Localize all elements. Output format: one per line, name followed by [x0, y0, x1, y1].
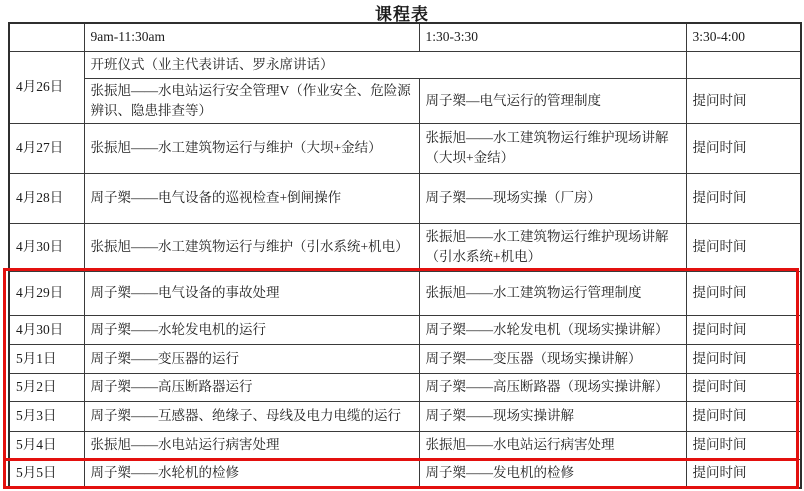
qa-cell: 提问时间	[686, 459, 801, 488]
date-cell: 4月26日	[9, 51, 84, 123]
date-cell: 5月4日	[9, 431, 84, 459]
afternoon-cell: 周子槊——变压器（现场实操讲解）	[419, 344, 686, 373]
afternoon-cell: 周子槊—电气运行的管理制度	[419, 78, 686, 123]
qa-cell: 提问时间	[686, 173, 801, 223]
morning-cell: 张振旭——水工建筑物运行与维护（引水系统+机电）	[84, 223, 419, 271]
header-row: 9am-11:30am 1:30-3:30 3:30-4:00	[9, 23, 801, 51]
afternoon-cell: 周子槊——现场实操讲解	[419, 401, 686, 431]
qa-cell: 提问时间	[686, 223, 801, 271]
qa-cell: 提问时间	[686, 344, 801, 373]
table-row: 4月28日 周子槊——电气设备的巡视检查+倒闸操作 周子槊——现场实操（厂房） …	[9, 173, 801, 223]
afternoon-cell: 张振旭——水电站运行病害处理	[419, 431, 686, 459]
morning-cell: 周子槊——电气设备的巡视检查+倒闸操作	[84, 173, 419, 223]
morning-cell: 张振旭——水工建筑物运行与维护（大坝+金结）	[84, 123, 419, 173]
afternoon-cell: 张振旭——水工建筑物运行维护现场讲解（引水系统+机电）	[419, 223, 686, 271]
ceremony-cell: 开班仪式（业主代表讲话、罗永席讲话）	[84, 51, 686, 78]
table-row: 5月3日 周子槊——互感器、绝缘子、母线及电力电缆的运行 周子槊——现场实操讲解…	[9, 401, 801, 431]
qa-cell-empty	[686, 51, 801, 78]
header-date-cell	[9, 23, 84, 51]
table-row: 4月29日 周子槊——电气设备的事故处理 张振旭——水工建筑物运行管理制度 提问…	[9, 271, 801, 315]
date-cell: 5月1日	[9, 344, 84, 373]
morning-cell: 周子槊——变压器的运行	[84, 344, 419, 373]
header-qa-cell: 3:30-4:00	[686, 23, 801, 51]
date-cell: 4月30日	[9, 223, 84, 271]
qa-cell: 提问时间	[686, 315, 801, 344]
date-cell: 5月3日	[9, 401, 84, 431]
morning-cell: 周子槊——高压断路器运行	[84, 373, 419, 401]
table-row: 张振旭——水电站运行安全管理V（作业安全、危险源辨识、隐患排查等） 周子槊—电气…	[9, 78, 801, 123]
date-cell: 5月2日	[9, 373, 84, 401]
table-row: 4月27日 张振旭——水工建筑物运行与维护（大坝+金结） 张振旭——水工建筑物运…	[9, 123, 801, 173]
morning-cell: 周子槊——电气设备的事故处理	[84, 271, 419, 315]
date-cell: 5月5日	[9, 459, 84, 488]
qa-cell: 提问时间	[686, 401, 801, 431]
morning-cell: 周子槊——互感器、绝缘子、母线及电力电缆的运行	[84, 401, 419, 431]
afternoon-cell: 周子槊——发电机的检修	[419, 459, 686, 488]
morning-cell: 张振旭——水电站运行安全管理V（作业安全、危险源辨识、隐患排查等）	[84, 78, 419, 123]
date-cell: 4月27日	[9, 123, 84, 173]
table-row: 5月2日 周子槊——高压断路器运行 周子槊——高压断路器（现场实操讲解） 提问时…	[9, 373, 801, 401]
header-morning-cell: 9am-11:30am	[84, 23, 419, 51]
page: 课程表 9am-11:30am 1:30-3:30 3:30-4:00 4月26…	[0, 0, 804, 491]
date-cell: 4月29日	[9, 271, 84, 315]
table-row: 4月30日 张振旭——水工建筑物运行与维护（引水系统+机电） 张振旭——水工建筑…	[9, 223, 801, 271]
qa-cell: 提问时间	[686, 431, 801, 459]
ceremony-row: 4月26日 开班仪式（业主代表讲话、罗永席讲话）	[9, 51, 801, 78]
table-row: 4月30日 周子槊——水轮发电机的运行 周子槊——水轮发电机（现场实操讲解） 提…	[9, 315, 801, 344]
table-row: 5月4日 张振旭——水电站运行病害处理 张振旭——水电站运行病害处理 提问时间	[9, 431, 801, 459]
date-cell: 4月30日	[9, 315, 84, 344]
table-row: 5月5日 周子槊——水轮机的检修 周子槊——发电机的检修 提问时间	[9, 459, 801, 488]
afternoon-cell: 周子槊——现场实操（厂房）	[419, 173, 686, 223]
morning-cell: 张振旭——水电站运行病害处理	[84, 431, 419, 459]
afternoon-cell: 张振旭——水工建筑物运行管理制度	[419, 271, 686, 315]
header-afternoon-cell: 1:30-3:30	[419, 23, 686, 51]
qa-cell: 提问时间	[686, 271, 801, 315]
afternoon-cell: 周子槊——高压断路器（现场实操讲解）	[419, 373, 686, 401]
afternoon-cell: 周子槊——水轮发电机（现场实操讲解）	[419, 315, 686, 344]
qa-cell: 提问时间	[686, 373, 801, 401]
afternoon-cell: 张振旭——水工建筑物运行维护现场讲解（大坝+金结）	[419, 123, 686, 173]
morning-cell: 周子槊——水轮机的检修	[84, 459, 419, 488]
qa-cell: 提问时间	[686, 123, 801, 173]
morning-cell: 周子槊——水轮发电机的运行	[84, 315, 419, 344]
schedule-table: 9am-11:30am 1:30-3:30 3:30-4:00 4月26日 开班…	[8, 22, 802, 489]
date-cell: 4月28日	[9, 173, 84, 223]
qa-cell: 提问时间	[686, 78, 801, 123]
table-row: 5月1日 周子槊——变压器的运行 周子槊——变压器（现场实操讲解） 提问时间	[9, 344, 801, 373]
